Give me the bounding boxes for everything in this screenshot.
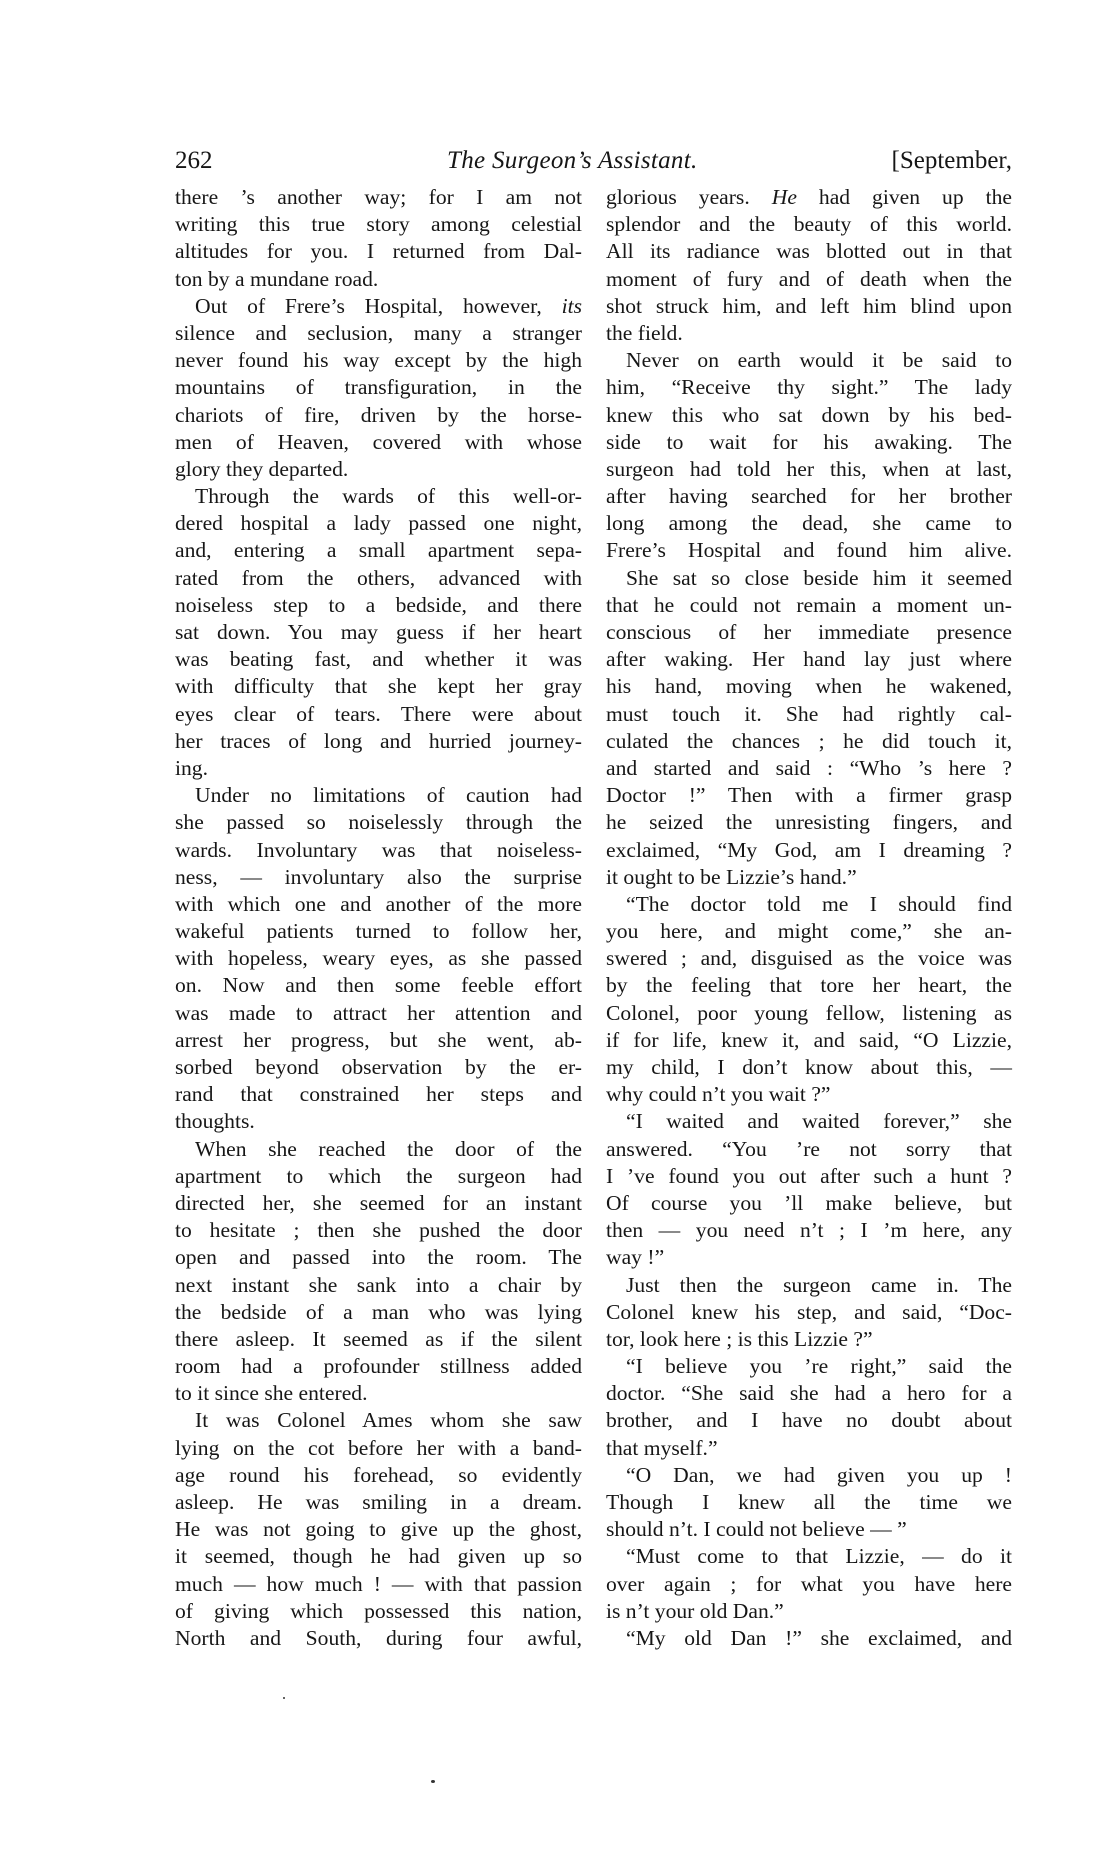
text-column-left: there ’s another way; for I am notwritin… <box>175 184 582 1652</box>
text-line: answered. “You ’re not sorry that <box>606 1136 1012 1163</box>
text-line: after having searched for her brother <box>606 483 1012 510</box>
text-line: after waking. Her hand lay just where <box>606 646 1012 673</box>
text-line: why could n’t you wait ?” <box>606 1081 1012 1108</box>
text-line: ness, — involuntary also the surprise <box>175 864 582 891</box>
text-line: with which one and another of the more <box>175 891 582 918</box>
text-line: All its radiance was blotted out in that <box>606 238 1012 265</box>
text-line: conscious of her immediate presence <box>606 619 1012 646</box>
text-line: He was not going to give up the ghost, <box>175 1516 582 1543</box>
text-line: apartment to which the surgeon had <box>175 1163 582 1190</box>
text-line: rand that constrained her steps and <box>175 1081 582 1108</box>
text-line: splendor and the beauty of this world. <box>606 211 1012 238</box>
text-line: age round his forehead, so evidently <box>175 1462 582 1489</box>
text-line: I ’ve found you out after such a hunt ? <box>606 1163 1012 1190</box>
text-line: surgeon had told her this, when at last, <box>606 456 1012 483</box>
text-line: wards. Involuntary was that noiseless- <box>175 837 582 864</box>
text-line: if for life, knew it, and said, “O Lizzi… <box>606 1027 1012 1054</box>
text-line: and started and said : “Who ’s here ? <box>606 755 1012 782</box>
text-line: eyes clear of tears. There were about <box>175 701 582 728</box>
text-line: arrest her progress, but she went, ab- <box>175 1027 582 1054</box>
text-line: it ought to be Lizzie’s hand.” <box>606 864 1012 891</box>
text-line: knew this who sat down by his bed- <box>606 402 1012 429</box>
text-line: Under no limitations of caution had <box>175 782 582 809</box>
text-line: sat down. You may guess if her heart <box>175 619 582 646</box>
text-line: Just then the surgeon came in. The <box>606 1272 1012 1299</box>
issue-month: [September, <box>892 144 1012 178</box>
text-line: to it since she entered. <box>175 1380 582 1407</box>
text-line: She sat so close beside him it seemed <box>606 565 1012 592</box>
text-line: is n’t your old Dan.” <box>606 1598 1012 1625</box>
text-line: never found his way except by the high <box>175 347 582 374</box>
text-line: that he could not remain a moment un- <box>606 592 1012 619</box>
text-line: “I waited and waited forever,” she <box>606 1108 1012 1135</box>
text-line: of giving which possessed this nation, <box>175 1598 582 1625</box>
print-speck <box>283 1697 285 1699</box>
text-line: there ’s another way; for I am not <box>175 184 582 211</box>
text-line: thoughts. <box>175 1108 582 1135</box>
text-line: tor, look here ; is this Lizzie ?” <box>606 1326 1012 1353</box>
text-line: Colonel, poor young fellow, listening as <box>606 1000 1012 1027</box>
text-line: with hopeless, weary eyes, as she passed <box>175 945 582 972</box>
text-line: by the feeling that tore her heart, the <box>606 972 1012 999</box>
text-line: altitudes for you. I returned from Dal- <box>175 238 582 265</box>
text-line: dered hospital a lady passed one night, <box>175 510 582 537</box>
text-line: Through the wards of this well-or- <box>175 483 582 510</box>
text-line: writing this true story among celestial <box>175 211 582 238</box>
text-line: next instant she sank into a chair by <box>175 1272 582 1299</box>
text-line: moment of fury and of death when the <box>606 266 1012 293</box>
italic-word: He <box>772 185 797 209</box>
text-line: must touch it. She had rightly cal- <box>606 701 1012 728</box>
text-line: way !” <box>606 1244 1012 1271</box>
text-line: with difficulty that she kept her gray <box>175 673 582 700</box>
text-line: It was Colonel Ames whom she saw <box>175 1407 582 1434</box>
text-line: Though I knew all the time we <box>606 1489 1012 1516</box>
text-line: directed her, she seemed for an instant <box>175 1190 582 1217</box>
text-line: ing. <box>175 755 582 782</box>
text-line: the bedside of a man who was lying <box>175 1299 582 1326</box>
text-line: there asleep. It seemed as if the silent <box>175 1326 582 1353</box>
text-line: sorbed beyond observation by the er- <box>175 1054 582 1081</box>
running-header: 262 The Surgeon’s Assistant. [September, <box>175 144 1012 178</box>
text-line: over again ; for what you have here <box>606 1571 1012 1598</box>
text-line: “The doctor told me I should find <box>606 891 1012 918</box>
text-line: she passed so noiselessly through the <box>175 809 582 836</box>
text-line: open and passed into the room. The <box>175 1244 582 1271</box>
text-line: much — how much ! — with that passion <box>175 1571 582 1598</box>
page-number: 262 <box>175 144 213 178</box>
text-line: then — you need n’t ; I ’m here, any <box>606 1217 1012 1244</box>
text-line: and, entering a small apartment sepa- <box>175 537 582 564</box>
text-line: mountains of transfiguration, in the <box>175 374 582 401</box>
italic-word: its <box>562 294 582 318</box>
text-line: lying on the cot before her with a band- <box>175 1435 582 1462</box>
text-line: swered ; and, disguised as the voice was <box>606 945 1012 972</box>
text-line: should n’t. I could not believe — ” <box>606 1516 1012 1543</box>
text-line: doctor. “She said she had a hero for a <box>606 1380 1012 1407</box>
text-line: Never on earth would it be said to <box>606 347 1012 374</box>
text-line: ton by a mundane road. <box>175 266 582 293</box>
text-line: he seized the unresisting fingers, and <box>606 809 1012 836</box>
text-line: “O Dan, we had given you up ! <box>606 1462 1012 1489</box>
text-line: Out of Frere’s Hospital, however, its <box>175 293 582 320</box>
text-line: chariots of fire, driven by the horse- <box>175 402 582 429</box>
text-line: that myself.” <box>606 1435 1012 1462</box>
text-line: silence and seclusion, many a stranger <box>175 320 582 347</box>
text-line: culated the chances ; he did touch it, <box>606 728 1012 755</box>
text-line: was made to attract her attention and <box>175 1000 582 1027</box>
text-line: “My old Dan !” she exclaimed, and <box>606 1625 1012 1652</box>
text-line: brother, and I have no doubt about <box>606 1407 1012 1434</box>
text-line: Doctor !” Then with a firmer grasp <box>606 782 1012 809</box>
text-line: long among the dead, she came to <box>606 510 1012 537</box>
text-line: asleep. He was smiling in a dream. <box>175 1489 582 1516</box>
text-line: her traces of long and hurried journey- <box>175 728 582 755</box>
text-line: noiseless step to a bedside, and there <box>175 592 582 619</box>
text-line: the field. <box>606 320 1012 347</box>
running-title: The Surgeon’s Assistant. <box>447 144 698 178</box>
text-line: you here, and might come,” she an- <box>606 918 1012 945</box>
text-line: glory they departed. <box>175 456 582 483</box>
text-line: “Must come to that Lizzie, — do it <box>606 1543 1012 1570</box>
text-line: my child, I don’t know about this, — <box>606 1054 1012 1081</box>
text-line: shot struck him, and left him blind upon <box>606 293 1012 320</box>
text-line: Colonel knew his step, and said, “Doc- <box>606 1299 1012 1326</box>
text-line: him, “Receive thy sight.” The lady <box>606 374 1012 401</box>
text-line: was beating fast, and whether it was <box>175 646 582 673</box>
text-line: wakeful patients turned to follow her, <box>175 918 582 945</box>
text-line: Of course you ’ll make believe, but <box>606 1190 1012 1217</box>
text-line: exclaimed, “My God, am I dreaming ? <box>606 837 1012 864</box>
text-line: side to wait for his awaking. The <box>606 429 1012 456</box>
text-line: glorious years. He had given up the <box>606 184 1012 211</box>
print-speck <box>431 1780 435 1783</box>
text-line: on. Now and then some feeble effort <box>175 972 582 999</box>
text-line: Frere’s Hospital and found him alive. <box>606 537 1012 564</box>
text-line: his hand, moving when he wakened, <box>606 673 1012 700</box>
text-line: “I believe you ’re right,” said the <box>606 1353 1012 1380</box>
text-column-right: glorious years. He had given up thesplen… <box>606 184 1012 1652</box>
text-line: room had a profounder stillness added <box>175 1353 582 1380</box>
text-line: North and South, during four awful, <box>175 1625 582 1652</box>
text-line: men of Heaven, covered with whose <box>175 429 582 456</box>
text-line: When she reached the door of the <box>175 1136 582 1163</box>
text-line: to hesitate ; then she pushed the door <box>175 1217 582 1244</box>
text-line: it seemed, though he had given up so <box>175 1543 582 1570</box>
text-line: rated from the others, advanced with <box>175 565 582 592</box>
